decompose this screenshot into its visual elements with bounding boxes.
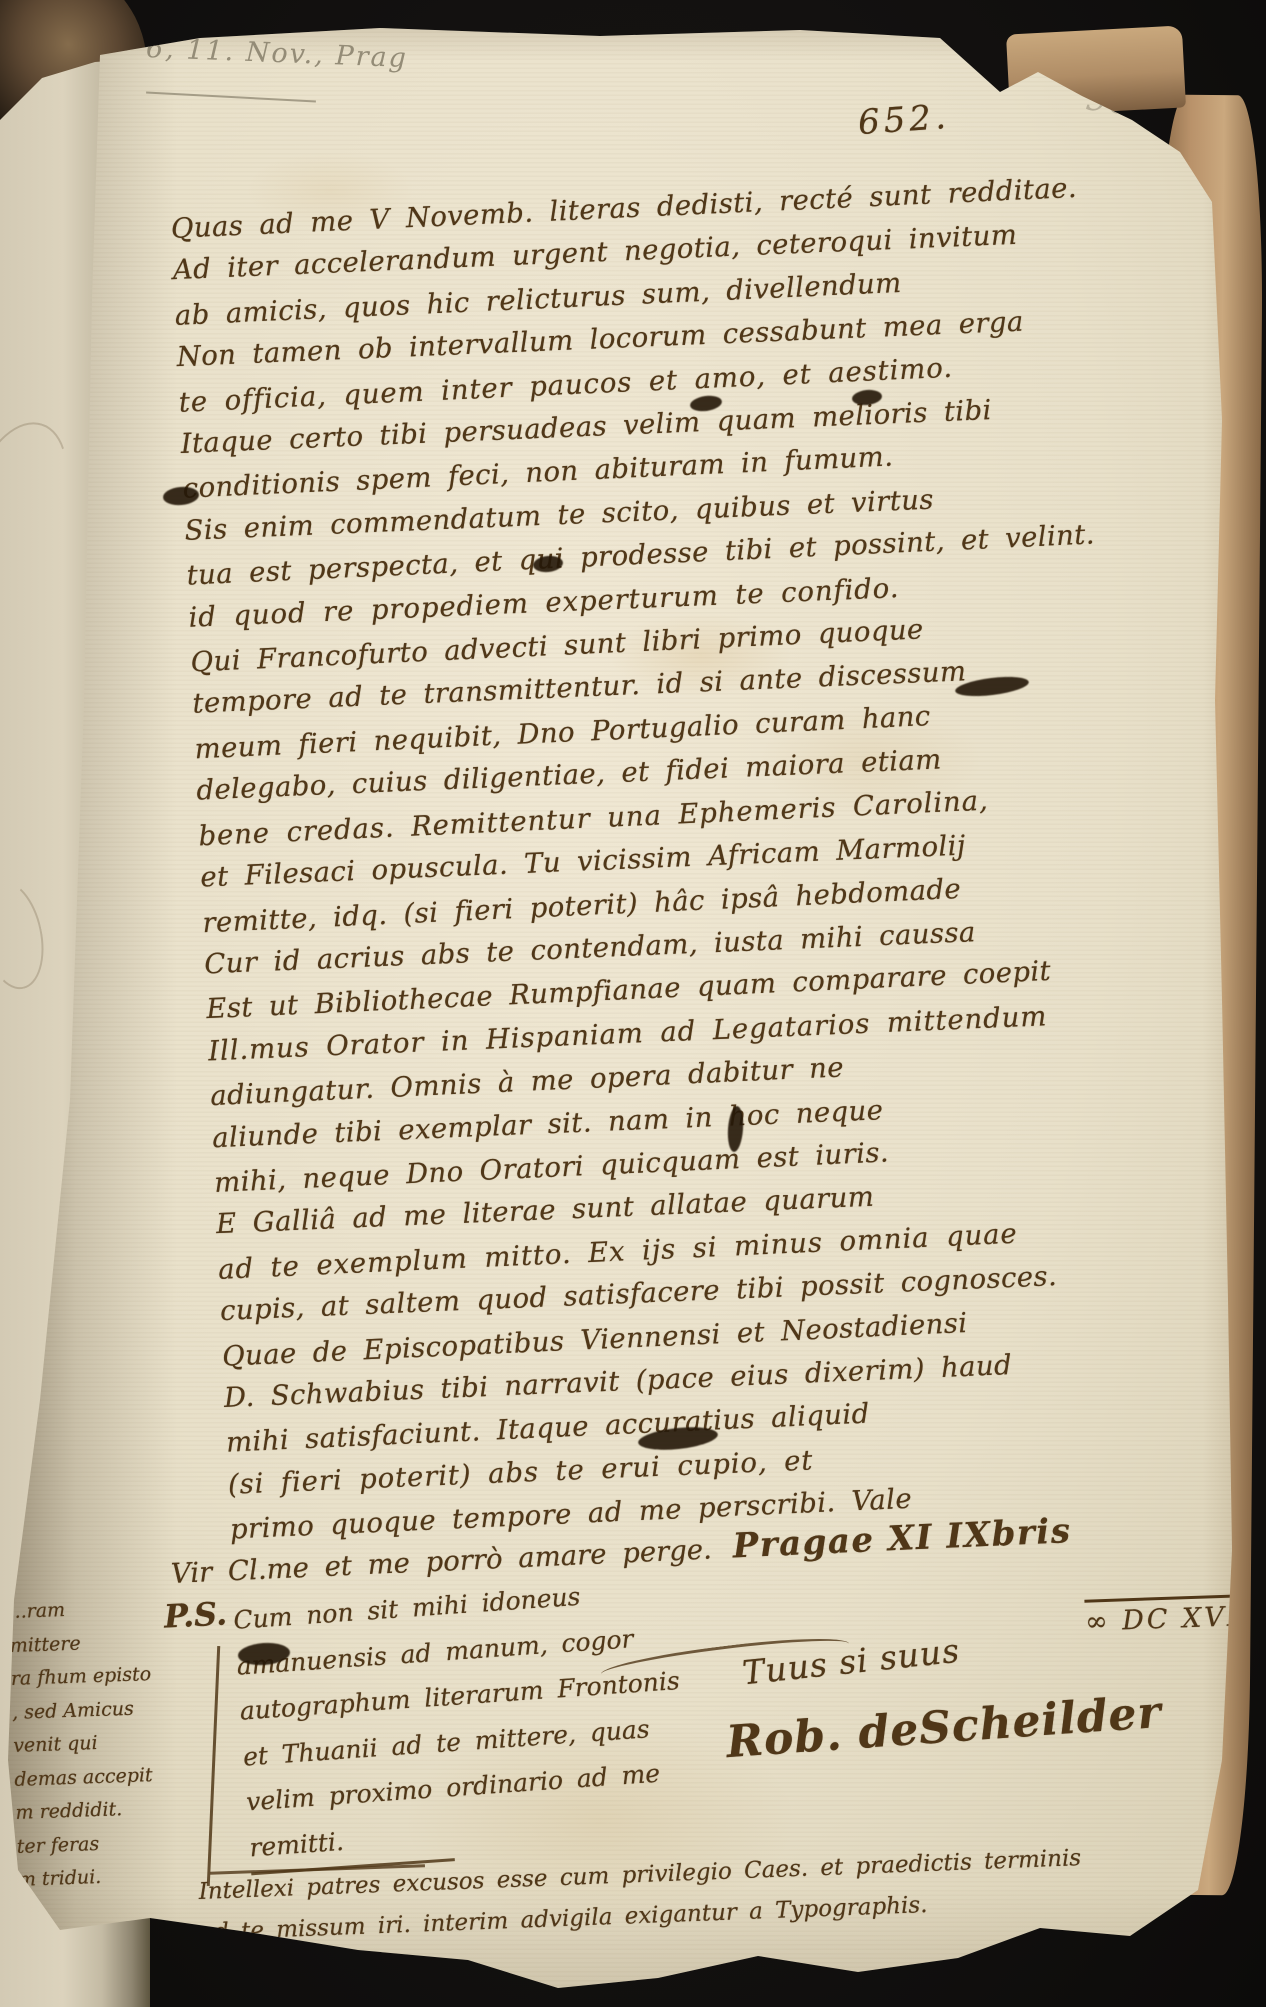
postscript-divider-stroke [207, 1646, 220, 1886]
page-number-ink: 652. [857, 97, 951, 143]
archivist-pencil-note: 6, 11. Nov., Prag [146, 33, 409, 74]
manuscript-page: 6, 11. Nov., Prag 652. 90 Quas ad me V N… [0, 0, 1266, 2007]
postscript-lines: Cum non sit mihi idoneusamanuensis ad ma… [232, 1567, 691, 1875]
offset-ink-ghost [0, 875, 53, 995]
manuscript-scan: 6, 11. Nov., Prag 652. 90 Quas ad me V N… [0, 0, 1266, 2007]
scan-background: { "annotations": { "pencil_top_left": "6… [0, 0, 1266, 2007]
offset-ink-ghost [0, 410, 85, 580]
margin-note-line: m tridui. [17, 1857, 203, 1897]
margin-note: ...rammitterera fhum episto, sed Amicusv… [8, 1590, 203, 1898]
date-year: ∞ DC XVI [1084, 1594, 1241, 1637]
signature: Rob. deScheilder [725, 1687, 1163, 1768]
pencil-underline [146, 92, 316, 103]
letter-body: Quas ad me V Novemb. literas dedisti, re… [170, 162, 1240, 1552]
